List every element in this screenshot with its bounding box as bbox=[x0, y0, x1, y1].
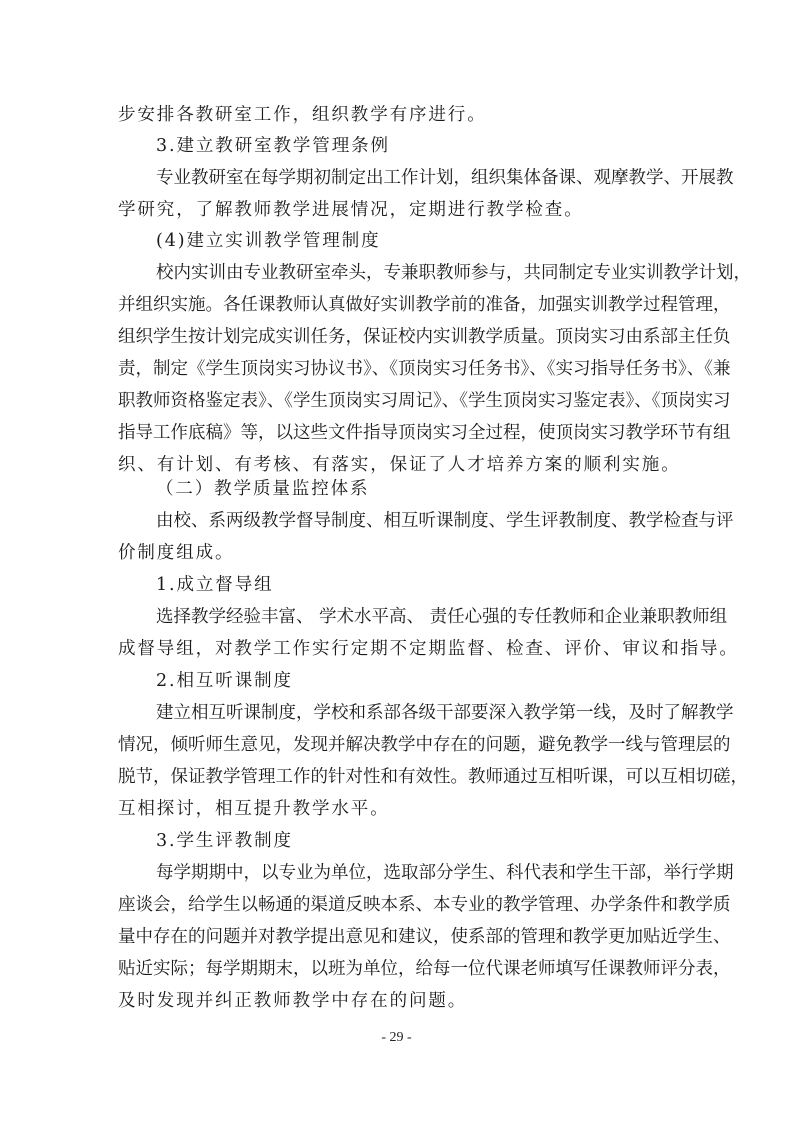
paragraph-line: 价制度组成。 bbox=[118, 542, 678, 564]
paragraph-line: 由校、系两级教学督导制度、相互听课制度、学生评教制度、教学检查与评 bbox=[156, 510, 678, 532]
paragraph-line: 建立相互听课制度，学校和系部各级干部要深入教学第一线，及时了解教学 bbox=[156, 702, 678, 724]
paragraph-line: 及时发现并纠正教师教学中存在的问题。 bbox=[118, 990, 678, 1012]
paragraph-line: 织、有计划、有考核、有落实，保证了人才培养方案的顺利实施。 bbox=[118, 454, 678, 476]
document-page: 步安排各教研室工作，组织教学有序进行。3.建立教研室教学管理条例专业教研室在每学… bbox=[0, 0, 793, 1122]
paragraph-line: 校内实训由专业教研室牵头，专兼职教师参与，共同制定专业实训教学计划， bbox=[156, 262, 678, 284]
section-heading: (4)建立实训教学管理制度 bbox=[156, 230, 678, 252]
section-heading: 3.建立教研室教学管理条例 bbox=[156, 135, 678, 157]
paragraph-line: 贴近实际；每学期期末，以班为单位，给每一位代课老师填写任课教师评分表， bbox=[118, 958, 678, 980]
paragraph-line: 职教师资格鉴定表》、《学生顶岗实习周记》、《学生顶岗实习鉴定表》、《顶岗实习 bbox=[118, 390, 678, 412]
paragraph-line: 选择教学经验丰富、 学术水平高、 责任心强的专任教师和企业兼职教师组 bbox=[156, 606, 678, 628]
paragraph-line: 互相探讨，相互提升教学水平。 bbox=[118, 798, 678, 820]
paragraph-line: 指导工作底稿》等，以这些文件指导顶岗实习全过程，使顶岗实习教学环节有组 bbox=[118, 422, 678, 444]
paragraph-line: 学研究，了解教师教学进展情况，定期进行教学检查。 bbox=[118, 199, 678, 221]
paragraph-line: 专业教研室在每学期初制定出工作计划，组织集体备课、观摩教学、开展教 bbox=[156, 167, 678, 189]
section-heading: 3.学生评教制度 bbox=[156, 830, 678, 852]
paragraph-line: 脱节，保证教学管理工作的针对性和有效性。教师通过互相听课，可以互相切磋， bbox=[118, 766, 678, 788]
paragraph-line: 成督导组，对教学工作实行定期不定期监督、检查、评价、审议和指导。 bbox=[118, 638, 678, 660]
paragraph-line: 量中存在的问题并对教学提出意见和建议，使系部的管理和教学更加贴近学生、 bbox=[118, 926, 678, 948]
paragraph-line: 步安排各教研室工作，组织教学有序进行。 bbox=[118, 104, 678, 126]
paragraph-line: 并组织实施。各任课教师认真做好实训教学前的准备，加强实训教学过程管理， bbox=[118, 294, 678, 316]
page-number: - 29 - bbox=[0, 1030, 793, 1046]
paragraph-line: 情况，倾听师生意见，发现并解决教学中存在的问题，避免教学一线与管理层的 bbox=[118, 734, 678, 756]
section-heading: 2.相互听课制度 bbox=[156, 670, 678, 692]
paragraph-line: 组织学生按计划完成实训任务，保证校内实训教学质量。顶岗实习由系部主任负 bbox=[118, 326, 678, 348]
section-heading: 1.成立督导组 bbox=[156, 574, 678, 596]
paragraph-line: 座谈会，给学生以畅通的渠道反映本系、本专业的教学管理、办学条件和教学质 bbox=[118, 894, 678, 916]
paragraph-line: 每学期期中，以专业为单位，选取部分学生、科代表和学生干部，举行学期 bbox=[156, 862, 678, 884]
section-heading: （二）教学质量监控体系 bbox=[156, 478, 678, 500]
paragraph-line: 责，制定《学生顶岗实习协议书》、《顶岗实习任务书》、《实习指导任务书》、《兼 bbox=[118, 358, 678, 380]
